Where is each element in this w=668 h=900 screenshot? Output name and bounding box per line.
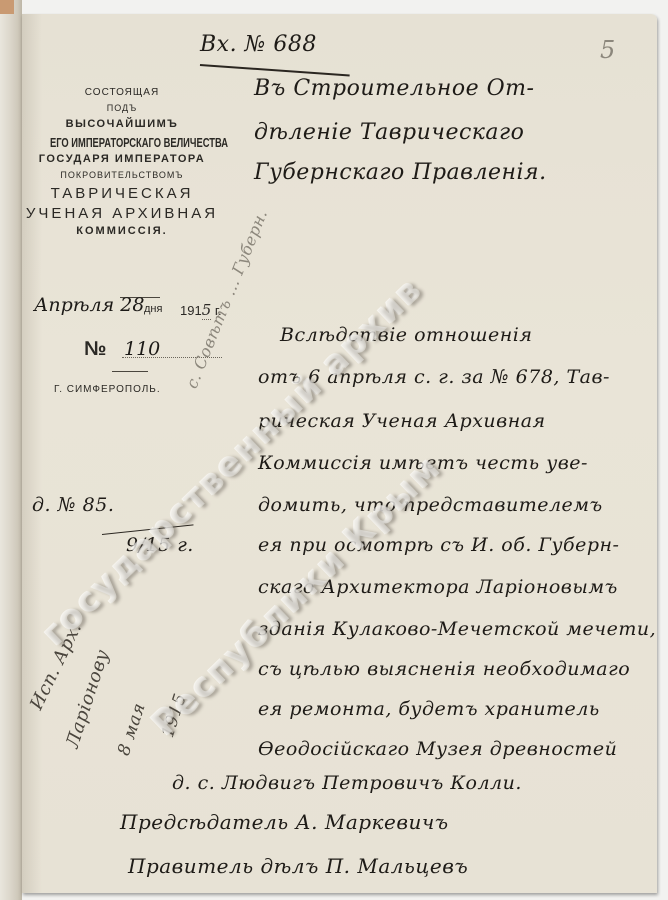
signature-manager: Правитель дѣлъ П. Мальцевъ: [128, 854, 468, 878]
date-day-label: дня: [144, 303, 162, 315]
letterhead-line-7: ТАВРИЧЕСКАЯ: [22, 186, 222, 201]
year-prefix: 191: [180, 303, 202, 318]
date-handwritten: Апрѣля 28: [34, 294, 144, 316]
body-line-1: Вслѣдствіе отношенія: [280, 324, 532, 346]
letterhead-line-8: УЧЕНАЯ АРХИВНАЯ: [22, 206, 222, 221]
body-line-6: ея при осмотрѣ съ И. об. Губерн-: [258, 534, 619, 556]
body-line-5: домить, что представителемъ: [258, 494, 603, 516]
body-line-4: Коммиссія имѣетъ честь уве-: [258, 452, 588, 474]
body-line-2: отъ 6 апрѣля с. г. за № 678, Тав-: [258, 366, 610, 388]
letterhead: СОСТОЯЩАЯ ПОДЪ ВЫСОЧАЙШИМЪ ЕГО ИМПЕРАТОР…: [22, 88, 222, 247]
addressee-line-1: Въ Строительное От-: [254, 76, 534, 101]
binding-tab: [0, 0, 14, 14]
date-field: Апрѣля 28 дня 1915 г.: [30, 300, 230, 322]
margin-file-ref: д. № 85.: [32, 494, 114, 516]
body-line-12: д. с. Людвигъ Петровичъ Колли.: [172, 772, 522, 794]
margin-file-ref-2: 9/15 г.: [126, 534, 194, 556]
margin-resolution-2: Ларіонову: [62, 647, 113, 750]
body-line-11: Ѳеодосійскаго Музея древностей: [258, 738, 617, 760]
number-sign: №: [84, 338, 106, 361]
letterhead-line-2: ПОДЪ: [22, 104, 222, 113]
binding-strip: [0, 0, 22, 900]
document-sheet: СОСТОЯЩАЯ ПОДЪ ВЫСОЧАЙШИМЪ ЕГО ИМПЕРАТОР…: [22, 14, 657, 893]
body-line-7: скаго Архитектора Ларіоновымъ: [258, 576, 618, 598]
signature-chairman: Предсѣдатель А. Маркевичъ: [120, 810, 449, 834]
letterhead-line-9: КОММИССІЯ.: [22, 226, 222, 237]
addressee-line-2: дѣленіе Таврическаго: [254, 120, 524, 145]
body-line-3: рическая Ученая Архивная: [258, 410, 546, 432]
body-line-10: ея ремонта, будетъ хранитель: [258, 698, 600, 720]
letterhead-line-3: ВЫСОЧАЙШИМЪ: [22, 119, 222, 130]
letterhead-line-6: ПОКРОВИТЕЛЬСТВОМЪ: [22, 171, 222, 180]
letterhead-line-5: ГОСУДАРЯ ИМПЕРАТОРА: [22, 154, 222, 165]
city-label: Г. СИМФЕРОПОЛЬ.: [54, 384, 161, 395]
letterhead-line-4: ЕГО ИМПЕРАТОРСКАГО ВЕЛИЧЕСТВА: [50, 136, 194, 149]
incoming-underline: [200, 64, 350, 76]
page-number: 5: [600, 36, 616, 64]
body-line-9: съ цѣлью выясненія необходимаго: [258, 658, 630, 680]
letterhead-line-1: СОСТОЯЩАЯ: [22, 88, 222, 98]
margin-resolution-3: 8 мая: [114, 700, 150, 758]
body-line-8: зданія Кулаково-Мечетской мечети,: [258, 618, 656, 640]
addressee-line-3: Губернскаго Правленія.: [254, 160, 547, 185]
margin-resolution-4: 1915: [158, 691, 191, 740]
incoming-number: Вх. № 688: [200, 32, 317, 57]
ornament-rule-2: [112, 371, 148, 372]
